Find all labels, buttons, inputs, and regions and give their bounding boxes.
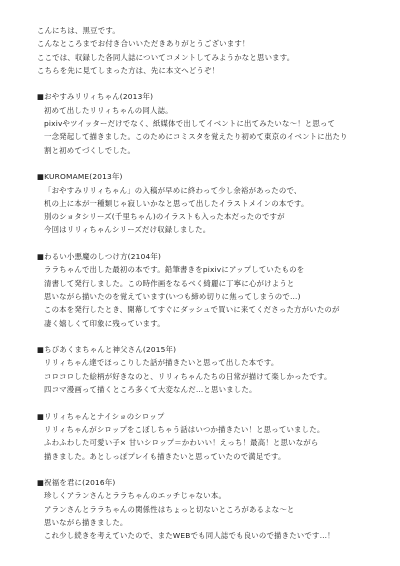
section-line: 別のショタシリーズ(千里ちゃん)のイラストも入った本だったのですが (37, 210, 377, 223)
section-line: リリィちゃんがシロップをこぼしちゃう話はいつか描きたい！と思っていました。 (37, 423, 377, 436)
section-line: この本を発行したとき、開幕してすぐにダッシュで買いに来てくださった方がいたのが (37, 303, 377, 316)
spacer (37, 237, 377, 250)
section-line: 四コマ漫画って描くところ多くて大変なんだ…と思いました。 (37, 383, 377, 396)
section-heading: ■おやすみリリィちゃん(2013年) (37, 90, 377, 103)
section-shukufuku: ■祝福を君に(2016年) 珍しくアランさんとララちゃんのエッチじゃない本。 ア… (37, 476, 377, 542)
section-chibiakuma: ■ちびあくまちゃんと神父さん(2015年) リリィちゃん達でほっこりした話が描き… (37, 343, 377, 396)
section-heading: ■リリィちゃんとナイショのシロップ (37, 410, 377, 423)
section-line: リリィちゃん達でほっこりした話が描きたいと思って出した本です。 (37, 356, 377, 369)
intro-line: こんなところまでお付き合いいただきありがとうございます！ (37, 37, 377, 50)
section-oyasumi-lily: ■おやすみリリィちゃん(2013年) 初めて出したリリィちゃんの同人誌。 pix… (37, 90, 377, 156)
spacer (37, 77, 377, 90)
section-kuromame: ■KUROMAME(2013年) 「おやすみリリィちゃん」の入稿が早めに終わって… (37, 170, 377, 236)
section-line: 初めて出したリリィちゃんの同人誌。 (37, 104, 377, 117)
section-syrup: ■リリィちゃんとナイショのシロップ リリィちゃんがシロップをこぼしちゃう話はいつ… (37, 410, 377, 463)
intro-line: ここでは、収録した各同人誌についてコメントしてみようかなと思います。 (37, 51, 377, 64)
intro-line: こんにちは、黒豆です。 (37, 24, 377, 37)
section-line: アランさんとララちゃんの関係性はちょっと切ないところがあるよな～と (37, 503, 377, 516)
section-line: 凄く嬉しくて印象に残っています。 (37, 317, 377, 330)
section-line: コロコロした絵柄が好きなのと、リリィちゃんたちの日常が描けて楽しかったです。 (37, 370, 377, 383)
section-line: 割と初めてづくしでした。 (37, 144, 377, 157)
section-heading: ■祝福を君に(2016年) (37, 476, 377, 489)
section-heading: ■ちびあくまちゃんと神父さん(2015年) (37, 343, 377, 356)
section-line: 今回はリリィちゃんシリーズだけ収録しました。 (37, 223, 377, 236)
section-line: 机の上に本が一種類じゃ寂しいかなと思って出したイラストメインの本です。 (37, 197, 377, 210)
section-line: これ少し続きを考えていたので、またWEBでも同人誌でも良いので描きたいです…！ (37, 529, 377, 542)
afterword-text: こんにちは、黒豆です。 こんなところまでお付き合いいただきありがとうございます！… (37, 24, 377, 543)
section-line: ララちゃんで出した最初の本です。鉛筆書きをpixivにアップしていたものを (37, 263, 377, 276)
section-line: 思いながら描きました。 (37, 516, 377, 529)
section-line: 「おやすみリリィちゃん」の入稿が早めに終わって少し余裕があったので、 (37, 184, 377, 197)
section-line: 珍しくアランさんとララちゃんのエッチじゃない本。 (37, 489, 377, 502)
section-heading: ■わるい小悪魔のしつけ方(2104年) (37, 250, 377, 263)
section-line: pixivやツイッターだけでなく、紙媒体で出してイベントに出てみたいな～！と思っ… (37, 117, 377, 130)
section-line: 思いながら描いたのを覚えています(いつも締め切りに焦ってしまうので…) (37, 290, 377, 303)
section-warui-koakuma: ■わるい小悪魔のしつけ方(2104年) ララちゃんで出した最初の本です。鉛筆書き… (37, 250, 377, 330)
section-line: 清書して発行しました。この時作画をなるべく綺麗に丁寧に心がけようと (37, 277, 377, 290)
section-line: 一念発起して描きました。このためにコミスタを覚えたり初めて東京のイベントに出たり (37, 130, 377, 143)
spacer (37, 463, 377, 476)
spacer (37, 157, 377, 170)
intro-line: こちらを先に見てしまった方は、先に本文へどうぞ！ (37, 64, 377, 77)
document-page: こんにちは、黒豆です。 こんなところまでお付き合いいただきありがとうございます！… (0, 0, 400, 566)
section-line: ふわふわした可愛い子× 甘いシロップ＝かわいい！えっち！最高！と思いながら (37, 436, 377, 449)
spacer (37, 330, 377, 343)
intro: こんにちは、黒豆です。 こんなところまでお付き合いいただきありがとうございます！… (37, 24, 377, 77)
section-heading: ■KUROMAME(2013年) (37, 170, 377, 183)
spacer (37, 396, 377, 409)
section-line: 描きました。あとしっぽプレイも描きたいと思っていたので満足です。 (37, 450, 377, 463)
